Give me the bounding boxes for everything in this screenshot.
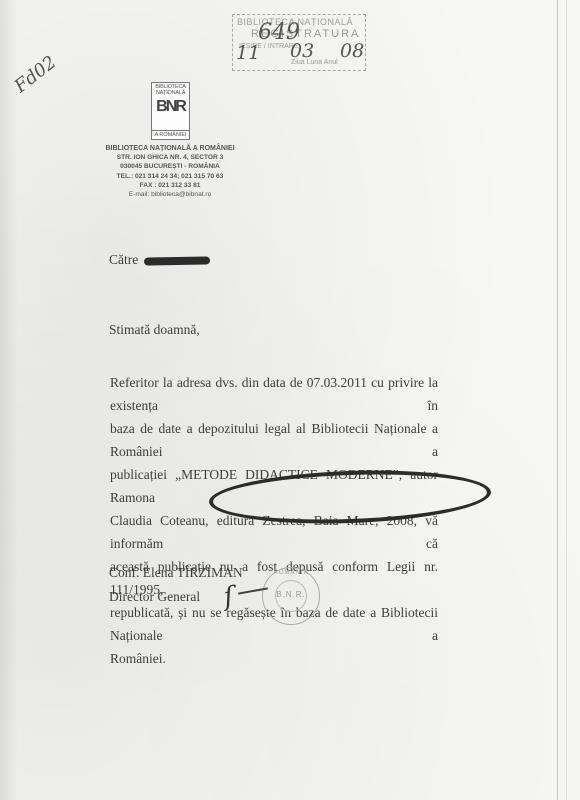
letter-body: Referitor la adresa dvs. din data de 07.… [110, 371, 438, 670]
logo-monogram: BNR [152, 96, 189, 118]
official-round-stamp: ROMÂNIA B.N.R. [262, 567, 320, 625]
logo-bottom-text: A ROMÂNIEI [152, 130, 189, 138]
stamp-center-text: B.N.R. [263, 590, 319, 599]
institution-address: STR. ION GHICA NR. 4, SECTOR 3 [100, 153, 240, 162]
institution-phone: TEL.: 021 314 24 34; 021 315 70 63 [100, 172, 240, 181]
scanned-letter-page: Fd02 BIBLIOTECA NAȚIONALĂ REGISTRATURA I… [0, 0, 580, 800]
institution-city: 030045 BUCUREȘTI - ROMÂNIA [100, 162, 240, 171]
body-line: Referitor la adresa dvs. din data de 07.… [110, 371, 438, 417]
body-line: Claudia Coteanu, editura Zestrea, Baia M… [110, 509, 438, 555]
logo-top-text: BIBLIOTECA NAȚIONALĂ [152, 84, 189, 96]
page-edge [557, 0, 558, 800]
institution-fax: FAX : 021 312 33 81 [100, 181, 240, 190]
addressee-line: Către [109, 248, 210, 271]
redacted-addressee-name [144, 256, 210, 265]
registry-month: 03 [290, 40, 314, 62]
stamp-top-text: ROMÂNIA [263, 570, 319, 576]
body-line: baza de date a depozitului legal al Bibl… [110, 417, 438, 463]
page-edge-outer [566, 0, 567, 800]
registry-day: 11 [236, 42, 260, 64]
body-line: publicației „METODE DIDACTICE MODERNE”, … [110, 463, 438, 509]
registry-year: 08 [340, 40, 364, 62]
addressee-prefix: Către [109, 252, 138, 267]
signatory-title: Director General [109, 585, 200, 608]
body-line: României. [110, 647, 438, 670]
library-logo: BIBLIOTECA NAȚIONALĂ BNR A ROMÂNIEI [151, 82, 190, 140]
signatory-name: Conf. Elena TÎRZIMAN [109, 561, 243, 584]
letterhead: BIBLIOTECA NAȚIONALĂ A ROMÂNIEI STR. ION… [100, 144, 240, 199]
scan-shadow [0, 0, 18, 800]
institution-name: BIBLIOTECA NAȚIONALĂ A ROMÂNIEI [100, 144, 240, 153]
salutation: Stimată doamnă, [109, 318, 200, 341]
institution-email: E-mail: biblioteca@bibnat.ro [100, 190, 240, 199]
